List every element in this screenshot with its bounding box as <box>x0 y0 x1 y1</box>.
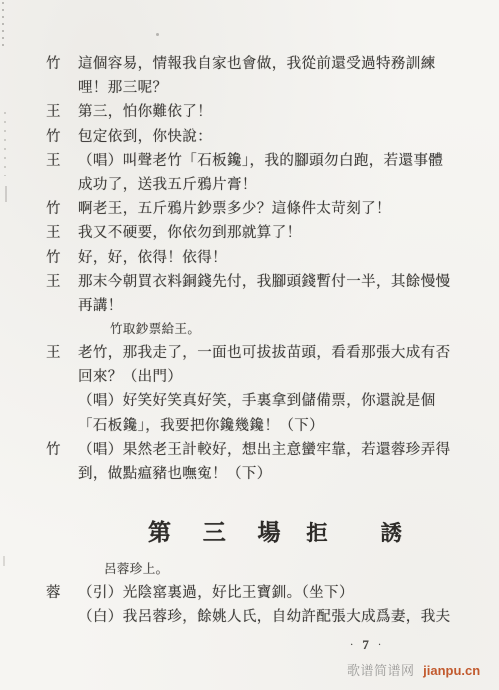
script-body-top: 竹這個容易，情報我自家也會做，我從前還受過特務訓練哩！那三呢？王第三，怕你難依了… <box>0 54 499 488</box>
speaker-label: 竹 <box>46 199 78 219</box>
page-number-dot: · <box>350 640 353 651</box>
speaker-label: 王 <box>46 151 78 171</box>
watermark-site-name: 歌谱简谱网 <box>347 663 415 678</box>
line-text: 第三，怕你難依了！ <box>78 102 212 122</box>
line-text: 呂蓉珍上。 <box>104 560 169 578</box>
speaker-label: 王 <box>46 343 78 363</box>
line-text: 到，做點瘟豬也嘸寃！（下） <box>78 464 272 484</box>
scanned-script-page: 竹這個容易，情報我自家也會做，我從前還受過特務訓練哩！那三呢？王第三，怕你難依了… <box>0 0 499 690</box>
script-line: 再講！ <box>0 296 499 320</box>
line-text: 老竹，那我走了，一面也可拔拔苗頭，看看那張大成有否 <box>78 343 451 363</box>
speaker-label: 竹 <box>46 127 78 147</box>
script-line: （白）我呂蓉珍，餘姚人氏，自幼許配張大成爲妻，我夫 <box>0 607 499 631</box>
speaker-label: 王 <box>46 223 78 243</box>
script-line: 竹啊老王，五斤鴉片鈔票多少？這條件太苛刻了！ <box>0 199 499 223</box>
line-text: 哩！那三呢？ <box>78 78 167 98</box>
script-line: 竹好，好，依得！依得！ <box>0 248 499 272</box>
speaker-label: 竹 <box>46 54 78 74</box>
script-line: 到，做點瘟豬也嘸寃！（下） <box>0 464 499 488</box>
script-line: 竹這個容易，情報我自家也會做，我從前還受過特務訓練 <box>0 54 499 78</box>
line-text: 啊老王，五斤鴉片鈔票多少？這條件太苛刻了！ <box>78 199 391 219</box>
script-line: 王第三，怕你難依了！ <box>0 102 499 126</box>
speaker-label: 蓉 <box>46 583 78 603</box>
line-text: （白）我呂蓉珍，餘姚人氏，自幼許配張大成爲妻，我夫 <box>78 607 451 627</box>
line-text: 那末今朝買衣料銅錢先付，我腳頭錢暫付一半，其餘慢慢 <box>78 272 451 292</box>
speaker-label: 王 <box>46 272 78 292</box>
page-number-value: 7 <box>362 637 369 653</box>
speaker-label: 王 <box>46 102 78 122</box>
script-line: 回來？（出門） <box>0 367 499 391</box>
scene-title: 拒 誘 <box>307 521 426 545</box>
scene-number: 第 三 場 <box>148 520 294 545</box>
line-text: 我又不硬要，你依勿到那就算了！ <box>78 223 302 243</box>
script-line: 成功了，送我五斤鴉片膏！ <box>0 175 499 199</box>
line-text: （唱）叫聲老竹「石板鑱」，我的腳頭勿白跑，若還事體 <box>78 151 443 171</box>
script-body-after-heading: 呂蓉珍上。蓉（引）光陰窰裏過，好比王寶釧。（坐下）（白）我呂蓉珍，餘姚人氏，自幼… <box>0 560 499 631</box>
script-line: 王那末今朝買衣料銅錢先付，我腳頭錢暫付一半，其餘慢慢 <box>0 272 499 296</box>
line-text: （唱）果然老王計較好，想出主意蠻牢靠，若還蓉珍弄得 <box>78 440 451 460</box>
script-line: 「石板鑱」，我要把你鑱幾鑱！（下） <box>0 416 499 440</box>
line-text: 包定依到，你快說： <box>78 127 212 147</box>
script-line: 蓉（引）光陰窰裏過，好比王寶釧。（坐下） <box>0 583 499 607</box>
line-text: 再講！ <box>78 296 123 316</box>
line-text: 成功了，送我五斤鴉片膏！ <box>78 175 257 195</box>
watermark-site-domain: jianpu.cn <box>423 663 480 678</box>
line-text: 竹取鈔票給王。 <box>110 320 200 338</box>
line-text: 「石板鑱」，我要把你鑱幾鑱！（下） <box>78 416 324 436</box>
speaker-label: 竹 <box>46 248 78 268</box>
script-line: 呂蓉珍上。 <box>0 560 499 583</box>
scan-artifact <box>2 2 4 46</box>
script-line: 王（唱）叫聲老竹「石板鑱」，我的腳頭勿白跑，若還事體 <box>0 151 499 175</box>
script-line: 王老竹，那我走了，一面也可拔拔苗頭，看看那張大成有否 <box>0 343 499 367</box>
script-line: 竹包定依到，你快說： <box>0 127 499 151</box>
line-text: 這個容易，情報我自家也會做，我從前還受過特務訓練 <box>78 54 436 74</box>
line-text: （引）光陰窰裏過，好比王寶釧。（坐下） <box>78 583 354 603</box>
script-line: 竹（唱）果然老王計較好，想出主意蠻牢靠，若還蓉珍弄得 <box>0 440 499 464</box>
page-number-dot: · <box>378 640 381 651</box>
speaker-label: 竹 <box>46 440 78 460</box>
scan-artifact <box>156 33 159 36</box>
line-text: （唱）好笑好笑真好笑，手裏拿到儲備票，你還說是個 <box>78 391 436 411</box>
script-line: 王我又不硬要，你依勿到那就算了！ <box>0 223 499 247</box>
script-line: （唱）好笑好笑真好笑，手裏拿到儲備票，你還說是個 <box>0 391 499 415</box>
script-line: 哩！那三呢？ <box>0 78 499 102</box>
page-number: · 7 · <box>350 637 381 653</box>
script-line: 竹取鈔票給王。 <box>0 320 499 343</box>
line-text: 回來？（出門） <box>78 367 182 387</box>
line-text: 好，好，依得！依得！ <box>78 248 227 268</box>
scene-heading: 第 三 場 拒 誘 <box>148 514 426 546</box>
watermark: 歌谱简谱网 jianpu.cn <box>347 660 480 679</box>
